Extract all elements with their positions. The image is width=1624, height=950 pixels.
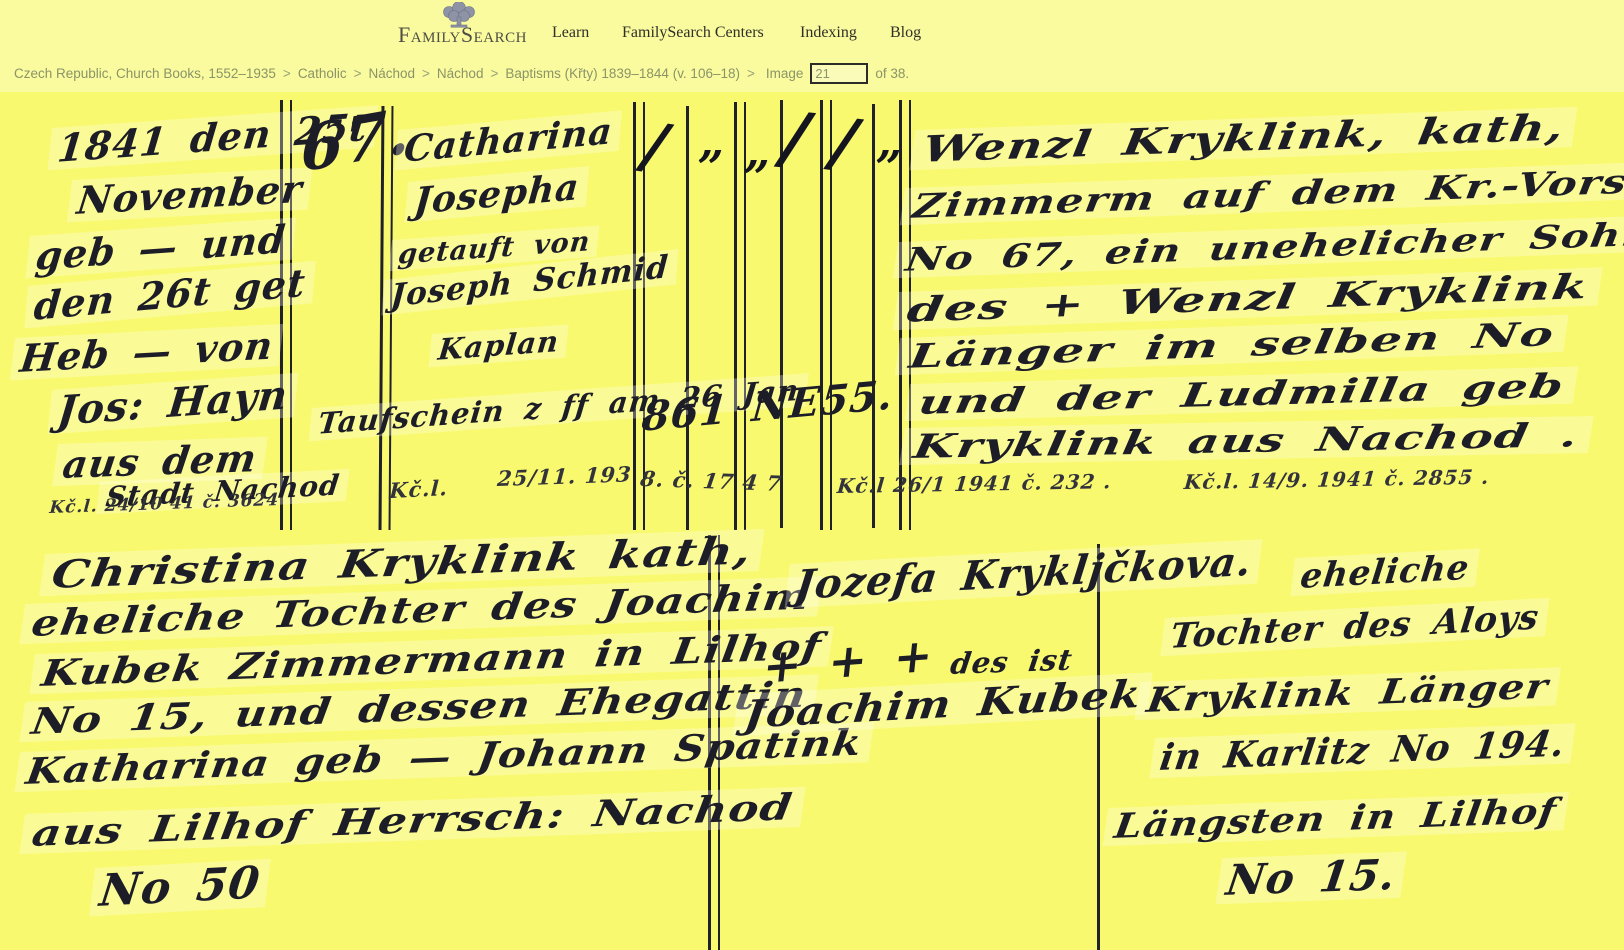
- witness-signature: Jozefa Krykljčkova.: [785, 539, 1263, 608]
- breadcrumb-separator: >: [422, 66, 430, 81]
- breadcrumb-separator: >: [747, 66, 755, 81]
- breadcrumb-nachod-parish[interactable]: Náchod: [437, 66, 484, 81]
- script-line-date: November: [67, 167, 313, 222]
- script-line-date: Heb — von: [10, 324, 284, 380]
- script-line-godmother: Kryklink Länger: [1135, 667, 1561, 720]
- breadcrumb: Czech Republic, Church Books, 1552–1935 …: [14, 61, 909, 85]
- breadcrumb-separator: >: [283, 66, 291, 81]
- script-line-godmother: Längsten in Lilhof: [1103, 792, 1569, 846]
- archive-stamp: Kč.l.: [389, 477, 449, 501]
- script-line-godmother: eheliche: [1290, 548, 1479, 596]
- nav-learn[interactable]: Learn: [552, 24, 589, 42]
- nav-indexing[interactable]: Indexing: [800, 24, 857, 42]
- script-line-name: Catharina: [394, 110, 622, 170]
- script-line-mother: aus Lilhof Herrsch: Nachod: [19, 787, 805, 854]
- archive-stamp: Kč.l. 24/10 41 č. 3624: [49, 492, 280, 517]
- breadcrumb-collection[interactable]: Czech Republic, Church Books, 1552–1935: [14, 66, 276, 81]
- column-rule: [686, 106, 689, 530]
- script-line-name: Kaplan: [428, 324, 568, 367]
- archive-stamp: Kč.l. 14/9. 1941 č. 2855 .: [1183, 467, 1490, 492]
- column-rule: [280, 100, 292, 530]
- logo-text: FamilySearch: [398, 22, 527, 48]
- script-line-name: Josepha: [404, 166, 589, 222]
- image-total-label: of 38.: [875, 66, 909, 81]
- tally-mark: /: [779, 102, 812, 174]
- image-number-input[interactable]: [810, 63, 868, 84]
- nav-familysearch-centers[interactable]: FamilySearch Centers: [622, 24, 764, 42]
- script-line-godmother: in Karlitz No 194.: [1149, 723, 1575, 778]
- breadcrumb-separator: >: [354, 66, 362, 81]
- script-line-mother: No 50: [89, 859, 271, 917]
- ditto-mark: „: [876, 118, 902, 164]
- breadcrumb-catholic[interactable]: Catholic: [298, 66, 347, 81]
- site-header: FamilySearch Learn FamilySearch Centers …: [0, 0, 1624, 94]
- column-rule: [872, 104, 875, 528]
- script-line-date: Jos: Hayn: [47, 373, 298, 435]
- archive-stamp: 25/11. 193: [497, 463, 633, 489]
- breadcrumb-separator: >: [490, 66, 498, 81]
- ditto-mark: „: [744, 128, 770, 174]
- script-line-godmother: No 15.: [1215, 852, 1406, 905]
- tally-mark: /: [828, 108, 860, 176]
- nav-blog[interactable]: Blog: [890, 24, 921, 42]
- archive-stamp: Kč.l 26/1 1941 č. 232 .: [836, 471, 1112, 496]
- script-line-father: und der Ludmilla geb: [904, 366, 1578, 421]
- script-line-father: Wenzl Kryklink, kath,: [909, 107, 1578, 170]
- ditto-mark: „: [698, 118, 724, 164]
- image-label: Image: [766, 66, 804, 81]
- script-line-father: Kryklink aus Nachod .: [899, 416, 1593, 465]
- script-line-father: Zimmerm auf dem Kr.-Vorst-: [900, 161, 1624, 225]
- breadcrumb-baptisms[interactable]: Baptisms (Křty) 1839–1844 (v. 106–18): [505, 66, 740, 81]
- column-rule: [1097, 544, 1100, 950]
- breadcrumb-nachod-district[interactable]: Náchod: [368, 66, 415, 81]
- archive-stamp: 8. č. 17 4 7: [639, 468, 784, 494]
- familysearch-logo[interactable]: FamilySearch: [398, 2, 528, 48]
- document-canvas[interactable]: 1841 den 25t November geb — und den 26t …: [0, 92, 1624, 950]
- script-line-godmother: Tochter des Aloys: [1160, 598, 1549, 656]
